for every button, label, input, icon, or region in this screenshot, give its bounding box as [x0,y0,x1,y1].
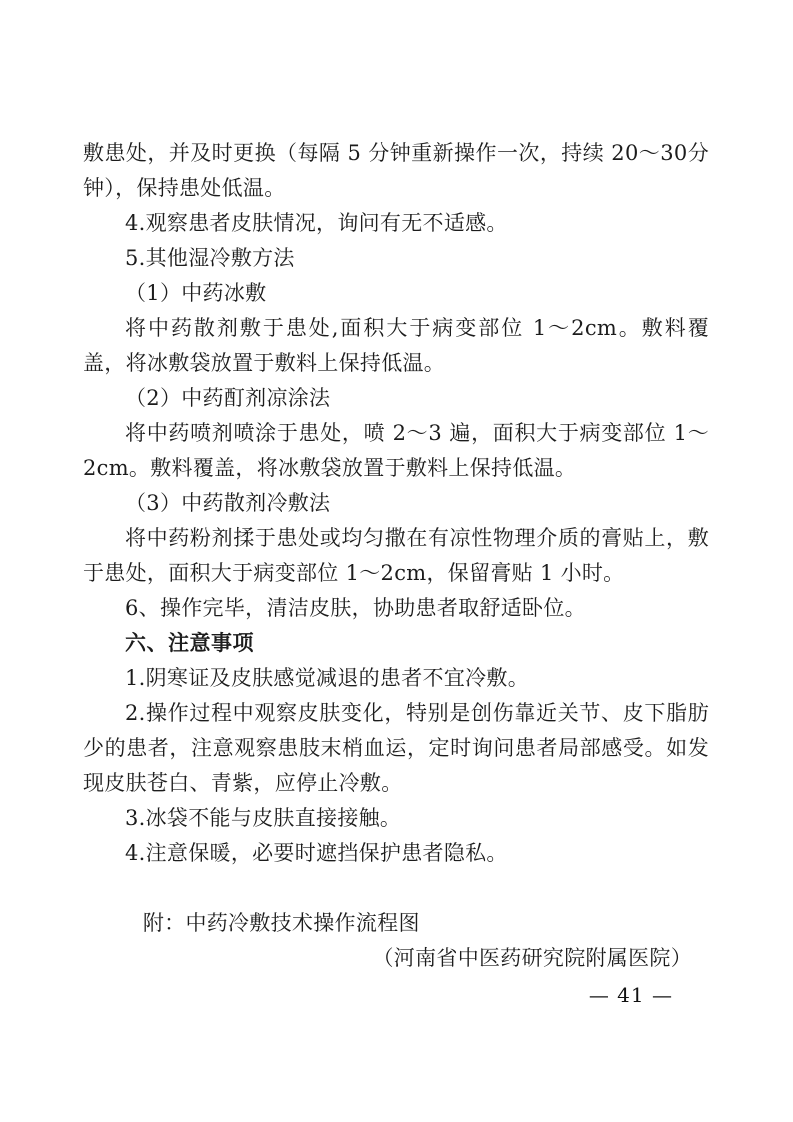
issuing-organization: （河南省中医药研究院附属医院） [83,941,709,976]
paragraph-method-3-body: 将中药粉剂揉于患处或均匀撒在有凉性物理介质的膏贴上，敷于患处，面积大于病变部位 … [83,521,709,591]
attachment-note: 附：中药冷敷技术操作流程图 [83,906,709,941]
paragraph-note-3: 3.冰袋不能与皮肤直接接触。 [83,801,709,836]
document-body: 敷患处，并及时更换（每隔 5 分钟重新操作一次，持续 20～30分钟），保持患处… [83,136,709,976]
page-number: — 41 — [589,983,673,1007]
paragraph-note-4: 4.注意保暖，必要时遮挡保护患者隐私。 [83,836,709,871]
paragraph-method-2-body: 将中药喷剂喷涂于患处，喷 2～3 遍，面积大于病变部位 1～2cm。敷料覆盖，将… [83,416,709,486]
paragraph-continuation: 敷患处，并及时更换（每隔 5 分钟重新操作一次，持续 20～30分钟），保持患处… [83,136,709,206]
paragraph-method-1-title: （1）中药冰敷 [83,276,709,311]
paragraph-method-3-title: （3）中药散剂冷敷法 [83,486,709,521]
paragraph-step-6: 6、操作完毕，清洁皮肤，协助患者取舒适卧位。 [83,591,709,626]
paragraph-step-5: 5.其他湿冷敷方法 [83,241,709,276]
paragraph-method-1-body: 将中药散剂敷于患处,面积大于病变部位 1～2cm。敷料覆盖，将冰敷袋放置于敷料上… [83,311,709,381]
paragraph-step-4: 4.观察患者皮肤情况，询问有无不适感。 [83,206,709,241]
section-heading-precautions: 六、注意事项 [83,626,709,661]
paragraph-note-1: 1.阴寒证及皮肤感觉减退的患者不宜冷敷。 [83,661,709,696]
document-page: 敷患处，并及时更换（每隔 5 分钟重新操作一次，持续 20～30分钟），保持患处… [0,0,793,1122]
paragraph-method-2-title: （2）中药酊剂凉涂法 [83,381,709,416]
paragraph-note-2: 2.操作过程中观察皮肤变化，特别是创伤靠近关节、皮下脂肪少的患者，注意观察患肢末… [83,696,709,801]
